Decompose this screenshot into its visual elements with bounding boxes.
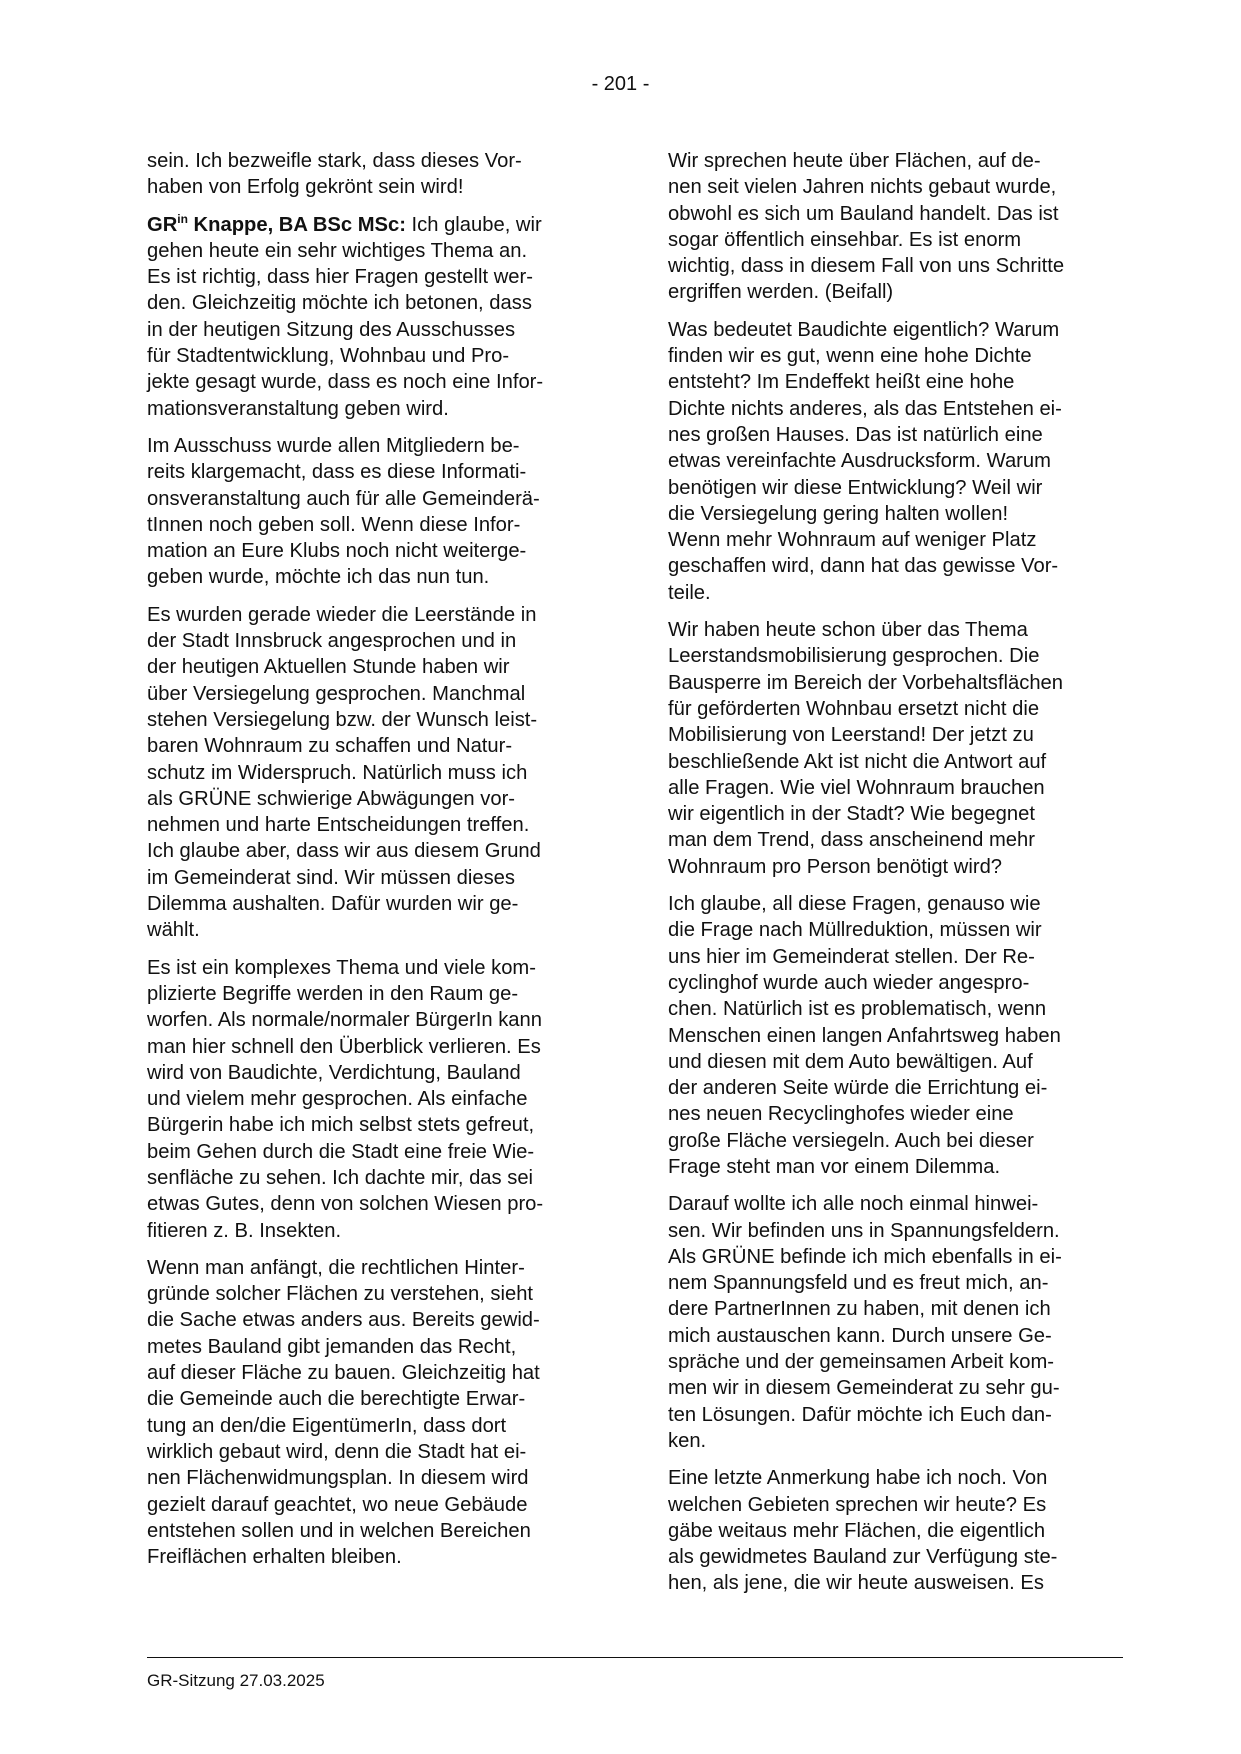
text-line: und vielem mehr gesprochen. Als einfache — [147, 1086, 607, 1112]
paragraph: sein. Ich bezweifle stark, dass dieses V… — [147, 148, 607, 201]
text-line: gezielt darauf geachtet, wo neue Gebäude — [147, 1492, 607, 1518]
text-line: Als GRÜNE befinde ich mich ebenfalls in … — [668, 1244, 1128, 1270]
text-line: welchen Gebieten sprechen wir heute? Es — [668, 1492, 1128, 1518]
text-line: Mobilisierung von Leerstand! Der jetzt z… — [668, 722, 1128, 748]
text-line: ken. — [668, 1428, 1128, 1454]
paragraph: Was bedeutet Baudichte eigentlich? Warum… — [668, 317, 1128, 606]
text-line: mationsveranstaltung geben wird. — [147, 396, 607, 422]
text-line: worfen. Als normale/normaler BürgerIn ka… — [147, 1007, 607, 1033]
text-line: Es ist ein komplexes Thema und viele kom… — [147, 955, 607, 981]
paragraph: Wenn man anfängt, die rechtlichen Hinter… — [147, 1255, 607, 1571]
right-column: Wir sprechen heute über Flächen, auf de-… — [668, 148, 1128, 1608]
text-line: nehmen und harte Entscheidungen treffen. — [147, 812, 607, 838]
text-line: metes Bauland gibt jemanden das Recht, — [147, 1334, 607, 1360]
text-line: haben von Erfolg gekrönt sein wird! — [147, 174, 607, 200]
text-line: der heutigen Aktuellen Stunde haben wir — [147, 654, 607, 680]
text-line: etwas Gutes, denn von solchen Wiesen pro… — [147, 1191, 607, 1217]
text-line: in der heutigen Sitzung des Ausschusses — [147, 317, 607, 343]
text-line: den. Gleichzeitig möchte ich betonen, da… — [147, 290, 607, 316]
paragraph: Es ist ein komplexes Thema und viele kom… — [147, 955, 607, 1244]
text-line: Darauf wollte ich alle noch einmal hinwe… — [668, 1191, 1128, 1217]
text-line: senfläche zu sehen. Ich dachte mir, das … — [147, 1165, 607, 1191]
text-line: chen. Natürlich ist es problematisch, we… — [668, 996, 1128, 1022]
text-line: uns hier im Gemeinderat stellen. Der Re- — [668, 944, 1128, 970]
text-line: Ich glaube, all diese Fragen, genauso wi… — [668, 891, 1128, 917]
text-line: Bausperre im Bereich der Vorbehaltsfläch… — [668, 670, 1128, 696]
text-line: stehen Versiegelung bzw. der Wunsch leis… — [147, 707, 607, 733]
text-line: tInnen noch geben soll. Wenn diese Infor… — [147, 512, 607, 538]
text-line: hen, als jene, die wir heute ausweisen. … — [668, 1570, 1128, 1596]
text-line: spräche und der gemeinsamen Arbeit kom- — [668, 1349, 1128, 1375]
page-number: - 201 - — [0, 72, 1241, 96]
text-line: nes neuen Recyclinghofes wieder eine — [668, 1101, 1128, 1127]
text-line: mich austauschen kann. Durch unsere Ge- — [668, 1323, 1128, 1349]
text-line: gehen heute ein sehr wichtiges Thema an. — [147, 238, 607, 264]
text-line: cyclinghof wurde auch wieder angespro- — [668, 970, 1128, 996]
paragraph: Es wurden gerade wieder die Leerstände i… — [147, 602, 607, 944]
text-line: für geförderten Wohnbau ersetzt nicht di… — [668, 696, 1128, 722]
text-line: dere PartnerInnen zu haben, mit denen ic… — [668, 1296, 1128, 1322]
text-line: die Sache etwas anders aus. Bereits gewi… — [147, 1307, 607, 1333]
text-line: wirklich gebaut wird, denn die Stadt hat… — [147, 1439, 607, 1465]
text-line: sen. Wir befinden uns in Spannungsfelder… — [668, 1218, 1128, 1244]
text-line: gäbe weitaus mehr Flächen, die eigentlic… — [668, 1518, 1128, 1544]
text-line: Es wurden gerade wieder die Leerstände i… — [147, 602, 607, 628]
text-line: über Versiegelung gesprochen. Manchmal — [147, 681, 607, 707]
speech-text: Ich glaube, wir — [406, 214, 542, 236]
text-line: wird von Baudichte, Verdichtung, Bauland — [147, 1060, 607, 1086]
text-line: man dem Trend, dass anscheinend mehr — [668, 827, 1128, 853]
text-line: Was bedeutet Baudichte eigentlich? Warum — [668, 317, 1128, 343]
text-line: auf dieser Fläche zu bauen. Gleichzeitig… — [147, 1360, 607, 1386]
text-line: die Frage nach Müllreduktion, müssen wir — [668, 917, 1128, 943]
text-line: Menschen einen langen Anfahrtsweg haben — [668, 1023, 1128, 1049]
text-line: große Fläche versiegeln. Auch bei dieser — [668, 1128, 1128, 1154]
paragraph: Ich glaube, all diese Fragen, genauso wi… — [668, 891, 1128, 1180]
text-line: onsveranstaltung auch für alle Gemeinder… — [147, 486, 607, 512]
text-line: mation an Eure Klubs noch nicht weiterge… — [147, 538, 607, 564]
text-line: nem Spannungsfeld und es freut mich, an- — [668, 1270, 1128, 1296]
paragraph: GRin Knappe, BA BSc MSc: Ich glaube, wir… — [147, 212, 607, 422]
speaker-name: GRin Knappe, BA BSc MSc: — [147, 214, 406, 236]
text-line: für Stadtentwicklung, Wohnbau und Pro- — [147, 343, 607, 369]
text-line: der Stadt Innsbruck angesprochen und in — [147, 628, 607, 654]
speaker-line: GRin Knappe, BA BSc MSc: Ich glaube, wir — [147, 212, 607, 238]
text-line: finden wir es gut, wenn eine hohe Dichte — [668, 343, 1128, 369]
text-line: sogar öffentlich einsehbar. Es ist enorm — [668, 227, 1128, 253]
paragraph: Im Ausschuss wurde allen Mitgliedern be-… — [147, 433, 607, 591]
text-line: entsteht? Im Endeffekt heißt eine hohe — [668, 369, 1128, 395]
text-line: der anderen Seite würde die Errichtung e… — [668, 1075, 1128, 1101]
paragraph: Wir haben heute schon über das ThemaLeer… — [668, 617, 1128, 880]
text-line: nen seit vielen Jahren nichts gebaut wur… — [668, 174, 1128, 200]
text-line: Es ist richtig, dass hier Fragen gestell… — [147, 264, 607, 290]
speaker-name-text: Knappe, BA BSc MSc: — [188, 214, 406, 236]
text-line: gründe solcher Flächen zu verstehen, sie… — [147, 1281, 607, 1307]
text-line: man hier schnell den Überblick verlieren… — [147, 1034, 607, 1060]
text-line: benötigen wir diese Entwicklung? Weil wi… — [668, 475, 1128, 501]
text-line: Eine letzte Anmerkung habe ich noch. Von — [668, 1465, 1128, 1491]
text-line: Leerstandsmobilisierung gesprochen. Die — [668, 643, 1128, 669]
text-line: jekte gesagt wurde, dass es noch eine In… — [147, 369, 607, 395]
text-line: im Gemeinderat sind. Wir müssen dieses — [147, 865, 607, 891]
text-line: Wir haben heute schon über das Thema — [668, 617, 1128, 643]
text-line: schutz im Widerspruch. Natürlich muss ic… — [147, 760, 607, 786]
text-line: als gewidmetes Bauland zur Verfügung ste… — [668, 1544, 1128, 1570]
text-line: beschließende Akt ist nicht die Antwort … — [668, 749, 1128, 775]
text-line: Wohnraum pro Person benötigt wird? — [668, 854, 1128, 880]
text-line: Dilemma aushalten. Dafür wurden wir ge- — [147, 891, 607, 917]
text-line: fitieren z. B. Insekten. — [147, 1218, 607, 1244]
left-column: sein. Ich bezweifle stark, dass dieses V… — [147, 148, 607, 1581]
speaker-title: GR — [147, 214, 177, 236]
text-line: Wenn man anfängt, die rechtlichen Hinter… — [147, 1255, 607, 1281]
text-line: etwas vereinfachte Ausdrucksform. Warum — [668, 448, 1128, 474]
paragraph: Wir sprechen heute über Flächen, auf de-… — [668, 148, 1128, 306]
text-line: Wenn mehr Wohnraum auf weniger Platz — [668, 527, 1128, 553]
text-line: Frage steht man vor einem Dilemma. — [668, 1154, 1128, 1180]
text-line: ergriffen werden. (Beifall) — [668, 279, 1128, 305]
footer-divider — [147, 1657, 1123, 1658]
text-line: geschaffen wird, dann hat das gewisse Vo… — [668, 553, 1128, 579]
text-line: als GRÜNE schwierige Abwägungen vor- — [147, 786, 607, 812]
text-line: die Gemeinde auch die berechtigte Erwar- — [147, 1386, 607, 1412]
speaker-title-superscript: in — [177, 212, 188, 226]
text-line: teile. — [668, 580, 1128, 606]
text-line: plizierte Begriffe werden in den Raum ge… — [147, 981, 607, 1007]
text-line: Freiflächen erhalten bleiben. — [147, 1544, 607, 1570]
text-line: nen Flächenwidmungsplan. In diesem wird — [147, 1465, 607, 1491]
text-line: men wir in diesem Gemeinderat zu sehr gu… — [668, 1375, 1128, 1401]
text-line: wir eigentlich in der Stadt? Wie begegne… — [668, 801, 1128, 827]
paragraph: Eine letzte Anmerkung habe ich noch. Von… — [668, 1465, 1128, 1596]
text-line: wichtig, dass in diesem Fall von uns Sch… — [668, 253, 1128, 279]
text-line: reits klargemacht, dass es diese Informa… — [147, 459, 607, 485]
text-line: geben wurde, möchte ich das nun tun. — [147, 564, 607, 590]
text-line: Ich glaube aber, dass wir aus diesem Gru… — [147, 838, 607, 864]
text-line: baren Wohnraum zu schaffen und Natur- — [147, 733, 607, 759]
paragraph: Darauf wollte ich alle noch einmal hinwe… — [668, 1191, 1128, 1454]
text-line: tung an den/die EigentümerIn, dass dort — [147, 1413, 607, 1439]
text-line: obwohl es sich um Bauland handelt. Das i… — [668, 201, 1128, 227]
text-line: und diesen mit dem Auto bewältigen. Auf — [668, 1049, 1128, 1075]
text-line: beim Gehen durch die Stadt eine freie Wi… — [147, 1139, 607, 1165]
footer-session-date: GR-Sitzung 27.03.2025 — [147, 1670, 325, 1692]
text-line: Wir sprechen heute über Flächen, auf de- — [668, 148, 1128, 174]
text-line: Im Ausschuss wurde allen Mitgliedern be- — [147, 433, 607, 459]
text-line: wählt. — [147, 917, 607, 943]
text-line: Dichte nichts anderes, als das Entstehen… — [668, 396, 1128, 422]
text-line: die Versiegelung gering halten wollen! — [668, 501, 1128, 527]
text-line: alle Fragen. Wie viel Wohnraum brauchen — [668, 775, 1128, 801]
text-line: ten Lösungen. Dafür möchte ich Euch dan- — [668, 1402, 1128, 1428]
text-line: nes großen Hauses. Das ist natürlich ein… — [668, 422, 1128, 448]
text-line: Bürgerin habe ich mich selbst stets gefr… — [147, 1112, 607, 1138]
text-line: entstehen sollen und in welchen Bereiche… — [147, 1518, 607, 1544]
text-line: sein. Ich bezweifle stark, dass dieses V… — [147, 148, 607, 174]
